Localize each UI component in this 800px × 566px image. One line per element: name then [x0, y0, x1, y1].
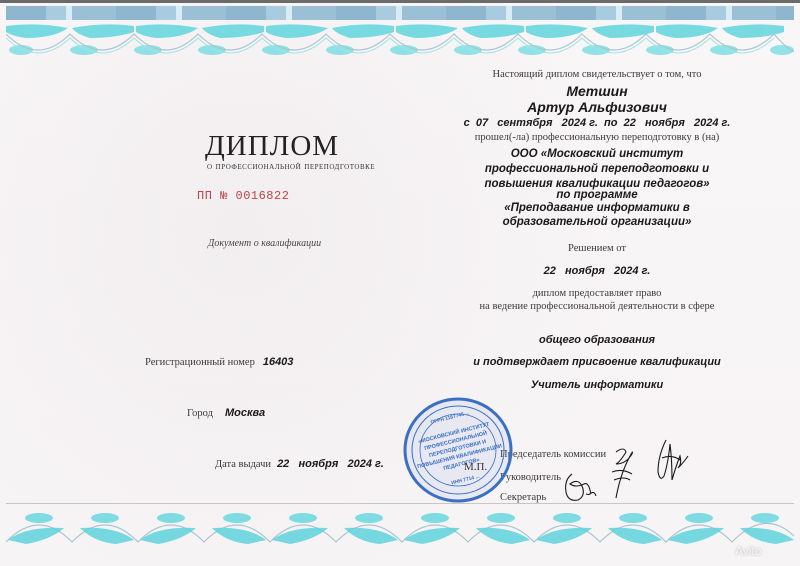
serial-number: ПП № 0016822: [197, 189, 289, 203]
study-period: с 07 сентября 2024 г. по 22 ноября 2024 …: [464, 117, 731, 129]
chairman-signature: [652, 436, 692, 486]
confirms-text: и подтверждает присвоение квалификации: [473, 356, 721, 368]
professional-sphere: общего образования: [539, 334, 655, 346]
qualification: Учитель информатики: [531, 379, 663, 391]
top-ornament-border: [6, 22, 794, 66]
city-label: Город: [187, 408, 213, 419]
intro-text: Настоящий диплом свидетельствует о том, …: [493, 69, 702, 80]
holder-given-names: Артур Альфизович: [527, 99, 667, 115]
decision-label: Решением от: [568, 243, 626, 254]
registration-row: Регистрационный номер 16403: [145, 352, 293, 370]
grants-line-1: диплом предоставляет право: [533, 288, 662, 299]
avito-watermark: Avito: [735, 544, 761, 558]
registration-number: 16403: [263, 356, 294, 368]
issue-date-row: Дата выдачи 22 ноября 2024 г.: [215, 454, 384, 472]
organization-line-2: профессиональной переподготовки и: [485, 162, 709, 178]
city-row: Город Москва: [187, 403, 265, 421]
official-stamp: ОГРН 1187746 ... «МОСКОВСКИЙ ИНСТИТУТ ПР…: [402, 396, 514, 504]
holder-surname: Метшин: [566, 83, 627, 99]
chairman-label: Председатель комиссии: [500, 449, 606, 460]
registration-label: Регистрационный номер: [145, 357, 255, 368]
passed-text: прошел(-ла) профессиональную переподгото…: [475, 132, 720, 143]
program-line-2: образовательной организации»: [503, 215, 692, 231]
issue-date-value: 22 ноября 2024 г.: [277, 458, 384, 470]
top-guilloche-band: [6, 6, 794, 20]
issue-date-label: Дата выдачи: [215, 459, 271, 470]
bottom-ornament-border: [6, 506, 794, 546]
grants-line-2: на ведение профессиональной деятельности…: [480, 301, 715, 312]
bottom-divider-line: [6, 503, 794, 504]
secretary-signature: [560, 470, 600, 506]
stamp-mp-label: М.П.: [464, 461, 487, 473]
organization-line-1: ООО «Московский институт: [511, 147, 684, 163]
document-kind: Документ о квалификации: [208, 238, 321, 249]
diploma-subtitle: о профессиональной переподготовке: [207, 161, 375, 172]
diploma-title: ДИПЛОМ: [205, 130, 339, 163]
head-signature: [606, 442, 640, 502]
city-value: Москва: [225, 407, 265, 419]
decision-date: 22 ноября 2024 г.: [544, 265, 651, 277]
